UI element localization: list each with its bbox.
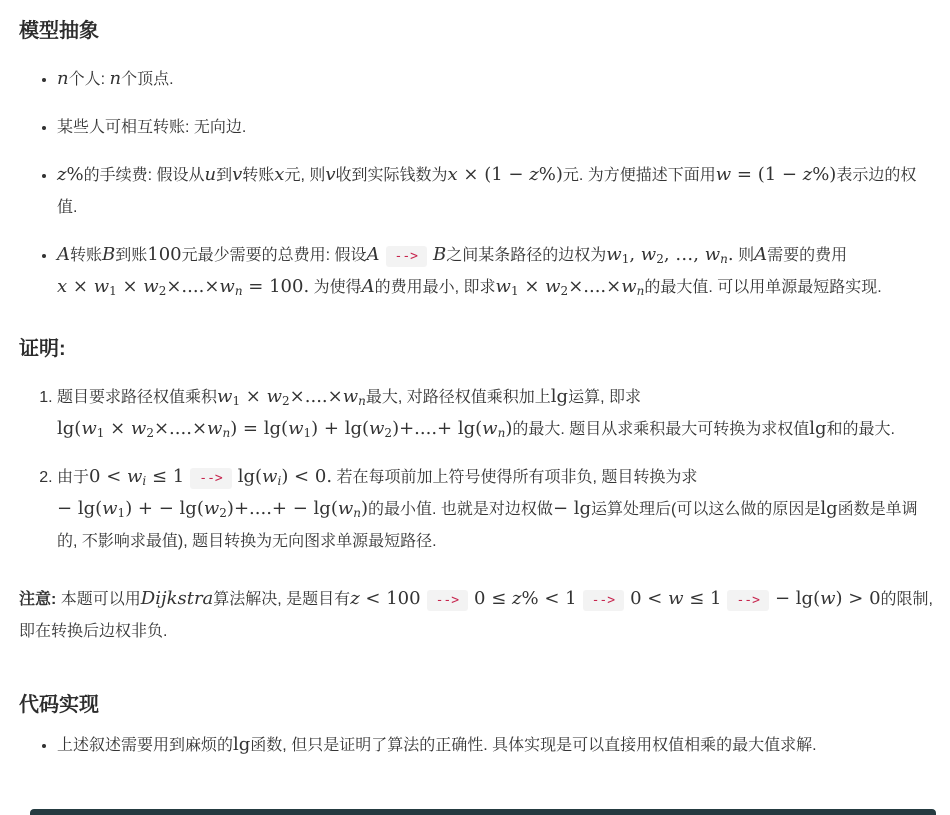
- note-paragraph: 注意: 本题可以用Dijkstra算法解决, 是题目有z < 100-->0 ≤…: [19, 584, 936, 648]
- inline-code-arrow: -->: [727, 590, 768, 611]
- inline-code-arrow: -->: [583, 590, 624, 611]
- math-expression: 0 < w ≤ 1: [630, 588, 721, 609]
- inline-code-arrow: -->: [386, 246, 427, 267]
- math-expression: w1, w2, …, wn.: [606, 244, 733, 265]
- math-expression: − lg(w) > 0: [775, 588, 881, 609]
- math-expression: lg(w1 × w2×....×wn) = lg(w1) + lg(w2)+..…: [57, 418, 512, 439]
- math-expression: n: [57, 68, 69, 89]
- math-expression: A: [57, 244, 70, 265]
- section-heading-model: 模型抽象: [19, 18, 936, 44]
- math-expression: lg: [809, 418, 826, 439]
- inline-code-arrow: -->: [427, 590, 468, 611]
- article-content: 模型抽象 n个人: n个顶点. 某些人可相互转账: 无向边. z%的手续费: 假…: [0, 0, 950, 815]
- math-expression: 0 < wi ≤ 1: [89, 466, 184, 487]
- math-expression: − lg: [553, 498, 591, 519]
- inline-code-arrow: -->: [190, 468, 231, 489]
- math-expression: B: [102, 244, 115, 265]
- math-expression: x × w1 × w2×....×wn = 100.: [57, 276, 309, 297]
- math-expression: Dijkstra: [141, 588, 213, 609]
- list-item: 某些人可相互转账: 无向边.: [57, 112, 936, 144]
- math-expression: B: [433, 244, 446, 265]
- model-points-list: n个人: n个顶点. 某些人可相互转账: 无向边. z%的手续费: 假设从u到v…: [19, 64, 936, 304]
- math-expression: lg: [233, 734, 250, 755]
- list-item: n个人: n个顶点.: [57, 64, 936, 96]
- math-expression: u: [205, 164, 217, 185]
- math-expression: w1 × w2×....×wn: [496, 276, 645, 297]
- list-item: A转账B到账100元最少需要的总费用: 假设A-->B之间某条路径的边权为w1,…: [57, 240, 936, 304]
- bold-label: 注意:: [19, 591, 56, 608]
- math-expression: lg(wi) < 0.: [238, 466, 332, 487]
- code-points-list: 上述叙述需要用到麻烦的lg函数, 但只是证明了算法的正确性. 具体实现是可以直接…: [19, 730, 936, 762]
- code-block-top-edge: [30, 809, 936, 815]
- math-expression: 0 ≤ z% < 1: [474, 588, 577, 609]
- math-expression: lg: [820, 498, 837, 519]
- math-expression: A: [367, 244, 380, 265]
- math-expression: − lg(w1) + − lg(w2)+....+ − lg(wn): [57, 498, 368, 519]
- math-expression: x: [274, 164, 284, 185]
- list-item: 由于0 < wi ≤ 1-->lg(wi) < 0. 若在每项前加上符号使得所有…: [57, 462, 936, 558]
- list-item: z%的手续费: 假设从u到v转账x元, 则v收到实际钱数为x × (1 − z%…: [57, 160, 936, 224]
- section-heading-proof: 证明:: [19, 336, 936, 362]
- math-expression: z%: [57, 164, 84, 185]
- math-expression: w1 × w2×....×wn: [217, 386, 366, 407]
- math-expression: 100: [147, 244, 181, 265]
- math-expression: v: [325, 164, 335, 185]
- math-expression: A: [754, 244, 767, 265]
- math-expression: v: [232, 164, 242, 185]
- math-expression: z < 100: [350, 588, 420, 609]
- section-heading-code: 代码实现: [19, 692, 936, 718]
- proof-steps-list: 题目要求路径权值乘积w1 × w2×....×wn最大, 对路径权值乘积加上lg…: [19, 382, 936, 558]
- list-item: 题目要求路径权值乘积w1 × w2×....×wn最大, 对路径权值乘积加上lg…: [57, 382, 936, 446]
- math-expression: A: [362, 276, 375, 297]
- math-expression: lg: [551, 386, 568, 407]
- list-item: 上述叙述需要用到麻烦的lg函数, 但只是证明了算法的正确性. 具体实现是可以直接…: [57, 730, 936, 762]
- math-expression: x × (1 − z%): [448, 164, 563, 185]
- math-expression: n: [110, 68, 122, 89]
- math-expression: w = (1 − z%): [716, 164, 837, 185]
